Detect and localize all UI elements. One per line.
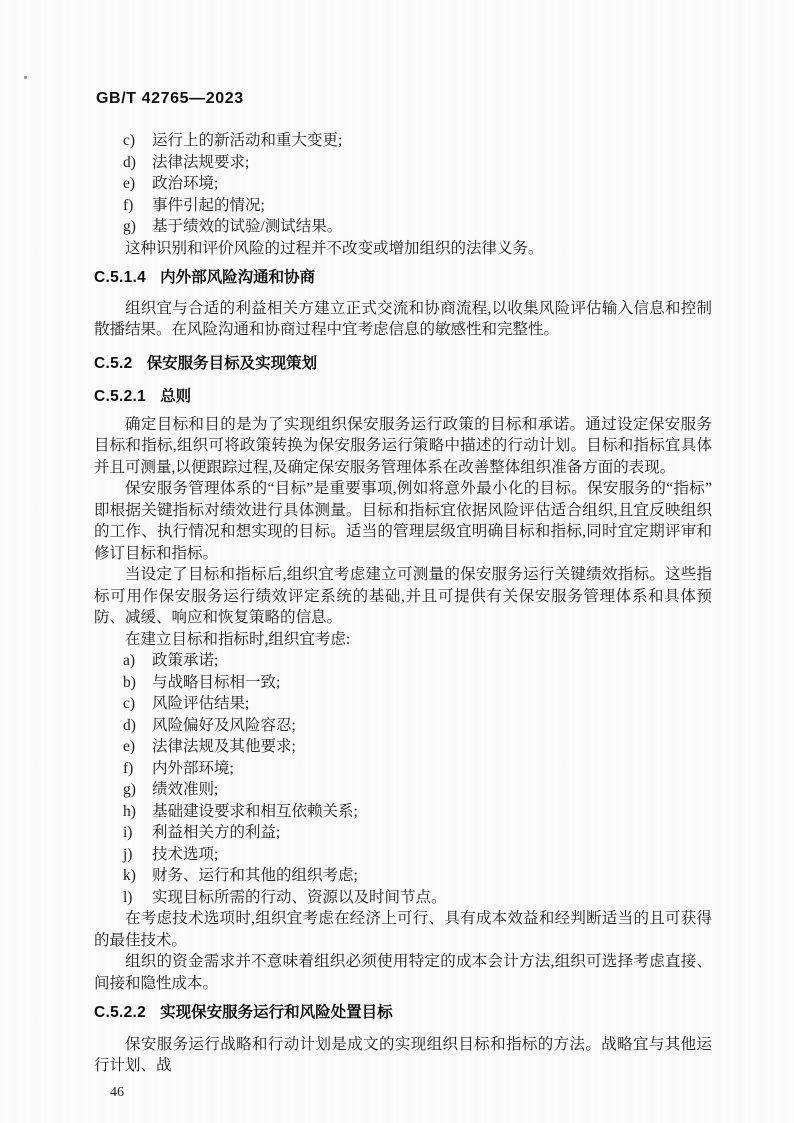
list-item-label: e) bbox=[123, 736, 152, 758]
list-item-label: h) bbox=[123, 801, 152, 823]
list-item-text: 绩效准则; bbox=[152, 779, 712, 801]
list-item-label: g) bbox=[123, 779, 152, 801]
paragraph: 确定目标和目的是为了实现组织保安服务运行政策的目标和承诺。通过设定保安服务目标和… bbox=[94, 414, 712, 479]
heading-number: C.5.1.4 bbox=[94, 269, 146, 286]
paragraph: 这种识别和评价风险的过程并不改变或增加组织的法律义务。 bbox=[94, 238, 712, 260]
scan-speck-artifact bbox=[24, 76, 27, 79]
standard-number-header: GB/T 42765—2023 bbox=[96, 89, 712, 109]
list-item-label: a) bbox=[123, 650, 152, 672]
list-item-label: d) bbox=[123, 715, 152, 737]
section-heading-c522: C.5.2.2实现保安服务运行和风险处置目标 bbox=[94, 1002, 712, 1024]
list-item-text: 基于绩效的试验/测试结果。 bbox=[152, 216, 712, 238]
heading-title: 内外部风险沟通和协商 bbox=[160, 269, 315, 286]
list-item-text: 法律法规要求; bbox=[152, 152, 712, 174]
heading-number: C.5.2.2 bbox=[94, 1004, 146, 1021]
list-item: g) 基于绩效的试验/测试结果。 bbox=[123, 216, 712, 238]
list-item-text: 与战略目标相一致; bbox=[152, 672, 712, 694]
list-item-text: 政策承诺; bbox=[152, 650, 712, 672]
list-item-text: 技术选项; bbox=[152, 844, 712, 866]
list-item-label: c) bbox=[123, 693, 152, 715]
paragraph: 在建立目标和指标时,组织宜考虑: bbox=[94, 629, 712, 651]
objectives-considerations-list: a) 政策承诺; b) 与战略目标相一致; c) 风险评估结果; d) 风险偏好… bbox=[94, 650, 712, 908]
list-item: f) 内外部环境; bbox=[123, 758, 712, 780]
list-item-text: 内外部环境; bbox=[152, 758, 712, 780]
list-item: h) 基础建设要求和相互依赖关系; bbox=[123, 801, 712, 823]
list-item: d) 法律法规要求; bbox=[123, 152, 712, 174]
page-body: c) 运行上的新活动和重大变更; d) 法律法规要求; e) 政治环境; f) … bbox=[94, 130, 712, 1102]
list-item: a) 政策承诺; bbox=[123, 650, 712, 672]
document-page: GB/T 42765—2023 c) 运行上的新活动和重大变更; d) 法律法规… bbox=[0, 0, 794, 1123]
list-item-label: i) bbox=[123, 822, 152, 844]
list-item-text: 运行上的新活动和重大变更; bbox=[152, 130, 712, 152]
paragraph: 组织的资金需求并不意味着组织必须使用特定的成本会计方法,组织可选择考虑直接、间接… bbox=[94, 951, 712, 994]
list-item: e) 法律法规及其他要求; bbox=[123, 736, 712, 758]
list-item: k) 财务、运行和其他的组织考虑; bbox=[123, 865, 712, 887]
list-item-label: f) bbox=[123, 758, 152, 780]
section-heading-c514: C.5.1.4内外部风险沟通和协商 bbox=[94, 267, 712, 289]
list-item: j) 技术选项; bbox=[123, 844, 712, 866]
page-number: 46 bbox=[110, 1084, 712, 1102]
list-item-text: 风险偏好及风险容忍; bbox=[152, 715, 712, 737]
list-item-text: 利益相关方的利益; bbox=[152, 822, 712, 844]
list-item-text: 事件引起的情况; bbox=[152, 195, 712, 217]
paragraph: 在考虑技术选项时,组织宜考虑在经济上可行、具有成本效益和经判断适当的且可获得的最… bbox=[94, 908, 712, 951]
list-item-label: c) bbox=[123, 130, 152, 152]
paragraph: 保安服务运行战略和行动计划是成文的实现组织目标和指标的方法。战略宜与其他运行计划… bbox=[94, 1034, 712, 1077]
list-item: f) 事件引起的情况; bbox=[123, 195, 712, 217]
list-item-label: f) bbox=[123, 195, 152, 217]
paragraph: 当设定了目标和指标后,组织宜考虑建立可测量的保安服务运行关键绩效指标。这些指标可… bbox=[94, 564, 712, 629]
section-heading-c52: C.5.2保安服务目标及实现策划 bbox=[94, 353, 712, 375]
list-item-label: k) bbox=[123, 865, 152, 887]
risk-review-list: c) 运行上的新活动和重大变更; d) 法律法规要求; e) 政治环境; f) … bbox=[94, 130, 712, 238]
list-item-label: d) bbox=[123, 152, 152, 174]
list-item-label: b) bbox=[123, 672, 152, 694]
heading-number: C.5.2.1 bbox=[94, 388, 146, 405]
heading-title: 总则 bbox=[160, 388, 191, 405]
list-item: b) 与战略目标相一致; bbox=[123, 672, 712, 694]
list-item: l) 实现目标所需的行动、资源以及时间节点。 bbox=[123, 887, 712, 909]
list-item: c) 运行上的新活动和重大变更; bbox=[123, 130, 712, 152]
paragraph: 组织宜与合适的利益相关方建立正式交流和协商流程,以收集风险评估输入信息和控制散播… bbox=[94, 298, 712, 341]
list-item-text: 法律法规及其他要求; bbox=[152, 736, 712, 758]
list-item-text: 风险评估结果; bbox=[152, 693, 712, 715]
section-heading-c521: C.5.2.1总则 bbox=[94, 386, 712, 408]
list-item-text: 基础建设要求和相互依赖关系; bbox=[152, 801, 712, 823]
list-item-label: j) bbox=[123, 844, 152, 866]
paragraph: 保安服务管理体系的“目标”是重要事项,例如将意外最小化的目标。保安服务的“指标”… bbox=[94, 478, 712, 564]
list-item-text: 实现目标所需的行动、资源以及时间节点。 bbox=[152, 887, 712, 909]
list-item-text: 政治环境; bbox=[152, 173, 712, 195]
list-item: g) 绩效准则; bbox=[123, 779, 712, 801]
heading-title: 保安服务目标及实现策划 bbox=[147, 355, 318, 372]
list-item: c) 风险评估结果; bbox=[123, 693, 712, 715]
heading-number: C.5.2 bbox=[94, 355, 133, 372]
list-item-label: l) bbox=[123, 887, 152, 909]
list-item-label: g) bbox=[123, 216, 152, 238]
list-item: i) 利益相关方的利益; bbox=[123, 822, 712, 844]
list-item: d) 风险偏好及风险容忍; bbox=[123, 715, 712, 737]
list-item-text: 财务、运行和其他的组织考虑; bbox=[152, 865, 712, 887]
list-item: e) 政治环境; bbox=[123, 173, 712, 195]
heading-title: 实现保安服务运行和风险处置目标 bbox=[160, 1004, 393, 1021]
list-item-label: e) bbox=[123, 173, 152, 195]
